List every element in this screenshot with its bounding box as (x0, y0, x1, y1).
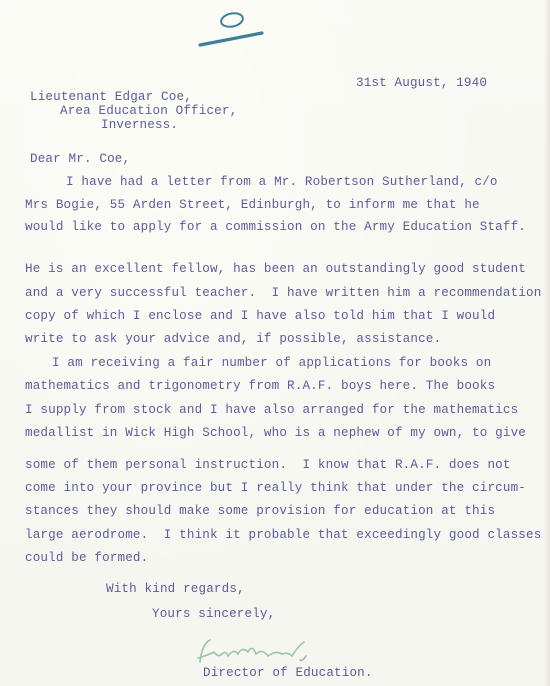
letter-page: 31st August, 1940 Lieutenant Edgar Coe, … (0, 0, 550, 686)
salutation: Dear Mr. Coe, (30, 152, 130, 166)
closing-regards: With kind regards, (106, 582, 245, 596)
letter-date: 31st August, 1940 (356, 76, 487, 90)
handwritten-zero-mark-icon (196, 6, 268, 50)
body-line: and a very successful teacher. I have wr… (25, 286, 541, 300)
body-line: come into your province but I really thi… (25, 481, 526, 495)
body-line: I have had a letter from a Mr. Robertson… (66, 175, 498, 189)
body-line: He is an excellent fellow, has been an o… (25, 262, 526, 276)
body-line: large aerodrome. I think it probable tha… (25, 528, 541, 542)
body-line: medallist in Wick High School, who is a … (25, 426, 526, 440)
body-line: write to ask your advice and, if possibl… (25, 332, 441, 346)
body-line: I am receiving a fair number of applicat… (52, 356, 491, 370)
body-line: some of them personal instruction. I kno… (25, 458, 511, 472)
body-line: stances they should make some provision … (25, 504, 495, 518)
body-line: would like to apply for a commission on … (25, 220, 526, 234)
body-line: Mrs Bogie, 55 Arden Street, Edinburgh, t… (25, 198, 480, 212)
paper-edge (544, 0, 550, 686)
body-line: mathematics and trigonometry from R.A.F.… (25, 379, 495, 393)
body-line: copy of which I enclose and I have also … (25, 309, 495, 323)
closing-sincerely: Yours sincerely, (152, 607, 275, 621)
signatory-title: Director of Education. (203, 666, 373, 680)
recipient-line-3: Inverness. (101, 118, 178, 132)
recipient-line-2: Area Education Officer, (60, 104, 237, 118)
body-line: could be formed. (25, 551, 148, 565)
signature-icon (192, 632, 322, 668)
body-line: I supply from stock and I have also arra… (25, 403, 518, 417)
recipient-line-1: Lieutenant Edgar Coe, (30, 90, 192, 104)
